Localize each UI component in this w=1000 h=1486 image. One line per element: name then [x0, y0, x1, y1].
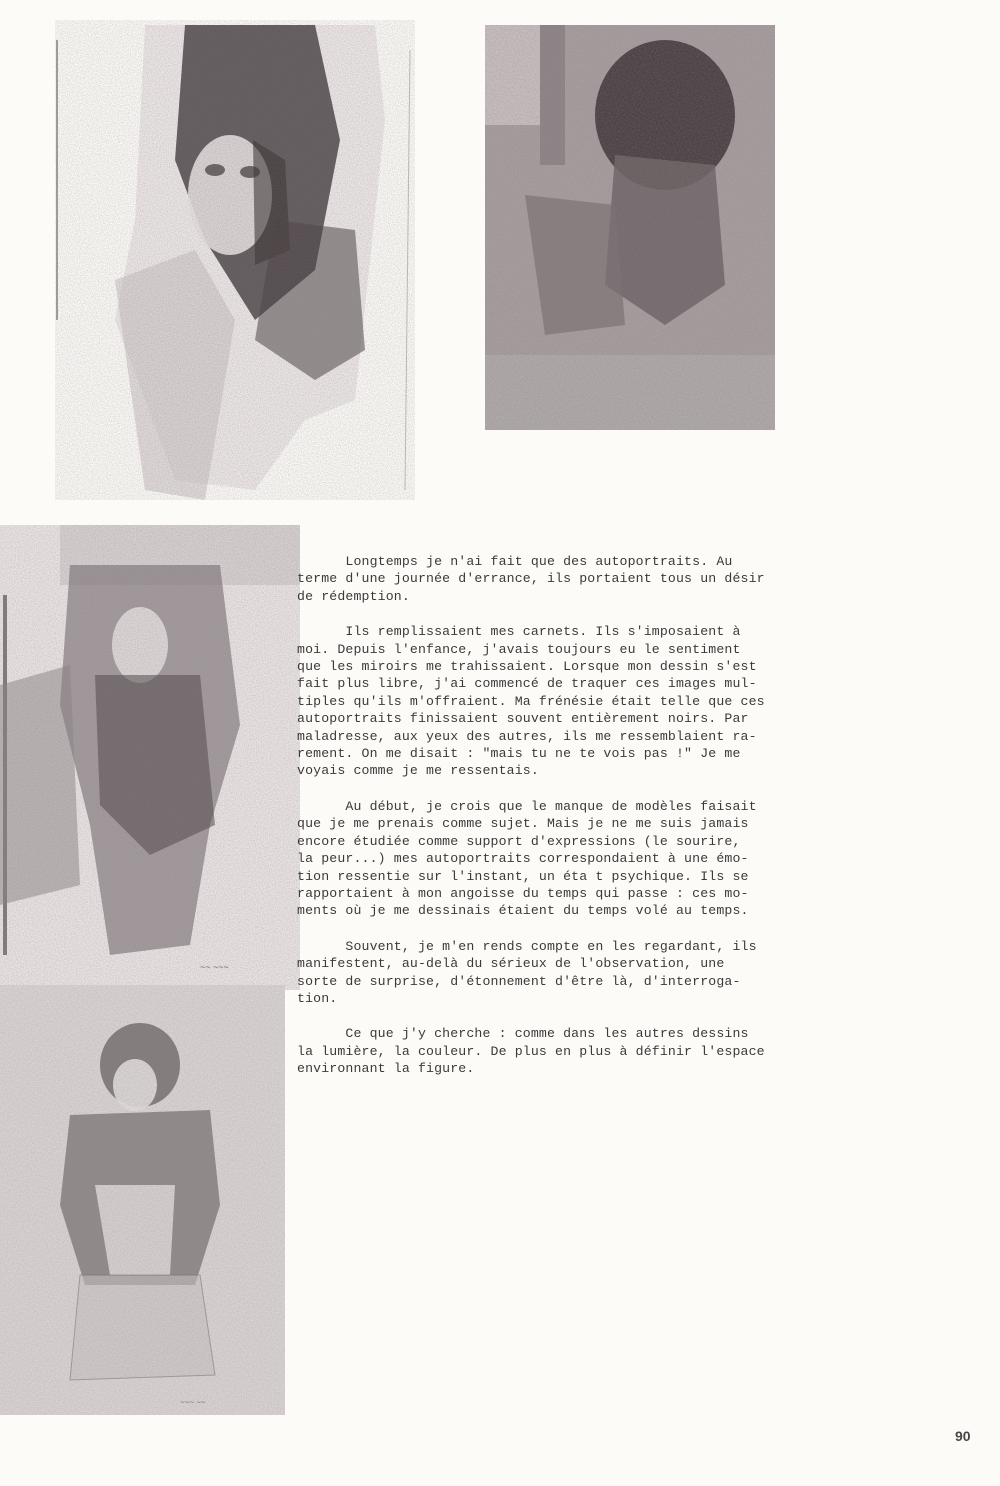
text-line: tion. — [297, 990, 927, 1007]
text-line: maladresse, aux yeux des autres, ils me … — [297, 728, 927, 745]
text-line: Longtemps je n'ai fait que des autoportr… — [297, 553, 927, 570]
text-line: tion ressentie sur l'instant, un éta t p… — [297, 868, 927, 885]
self-portrait-sketch-1 — [55, 20, 415, 500]
self-portrait-sketch-4: ~~~ ~~ — [0, 985, 285, 1415]
text-line: rement. On me disait : "mais tu ne te vo… — [297, 745, 927, 762]
text-line: Souvent, je m'en rends compte en les reg… — [297, 938, 927, 955]
text-line: la peur...) mes autoportraits correspond… — [297, 850, 927, 867]
text-line: terme d'une journée d'errance, ils porta… — [297, 570, 927, 587]
text-line: environnant la figure. — [297, 1060, 927, 1077]
page-number: 90 — [955, 1428, 971, 1444]
text-line: Ce que j'y cherche : comme dans les autr… — [297, 1025, 927, 1042]
text-line: rapportaient à mon angoisse du temps qui… — [297, 885, 927, 902]
text-line: sorte de surprise, d'étonnement d'être l… — [297, 973, 927, 990]
text-line: ments où je me dessinais étaient du temp… — [297, 902, 927, 919]
paragraph-1: Longtemps je n'ai fait que des autoportr… — [297, 553, 927, 605]
text-line: voyais comme je me ressentais. — [297, 762, 927, 779]
portrait-drawing-3: ~~ ~~~ — [0, 525, 300, 990]
text-line: autoportraits finissaient souvent entièr… — [297, 710, 927, 727]
text-line: que les miroirs me trahissaient. Lorsque… — [297, 658, 927, 675]
portrait-drawing-4: ~~~ ~~ — [0, 985, 285, 1415]
text-line: tiples qu'ils m'offraient. Ma frénésie é… — [297, 693, 927, 710]
self-portrait-sketch-3: ~~ ~~~ — [0, 525, 300, 990]
text-line: Ils remplissaient mes carnets. Ils s'imp… — [297, 623, 927, 640]
text-line: manifestent, au-delà du sérieux de l'obs… — [297, 955, 927, 972]
paragraph-3: Au début, je crois que le manque de modè… — [297, 798, 927, 920]
portrait-drawing-2 — [485, 25, 775, 430]
text-line: que je me prenais comme sujet. Mais je n… — [297, 815, 927, 832]
paragraph-4: Souvent, je m'en rends compte en les reg… — [297, 938, 927, 1008]
text-line: fait plus libre, j'ai commencé de traque… — [297, 675, 927, 692]
paragraph-2: Ils remplissaient mes carnets. Ils s'imp… — [297, 623, 927, 780]
text-line: Au début, je crois que le manque de modè… — [297, 798, 927, 815]
paragraph-5: Ce que j'y cherche : comme dans les autr… — [297, 1025, 927, 1077]
text-line: moi. Depuis l'enfance, j'avais toujours … — [297, 641, 927, 658]
text-line: encore étudiée comme support d'expressio… — [297, 833, 927, 850]
body-text: Longtemps je n'ai fait que des autoportr… — [297, 553, 927, 1096]
text-line: la lumière, la couleur. De plus en plus … — [297, 1043, 927, 1060]
portrait-drawing-1 — [55, 20, 415, 500]
text-line: de rédemption. — [297, 588, 927, 605]
self-portrait-sketch-2 — [485, 25, 775, 430]
